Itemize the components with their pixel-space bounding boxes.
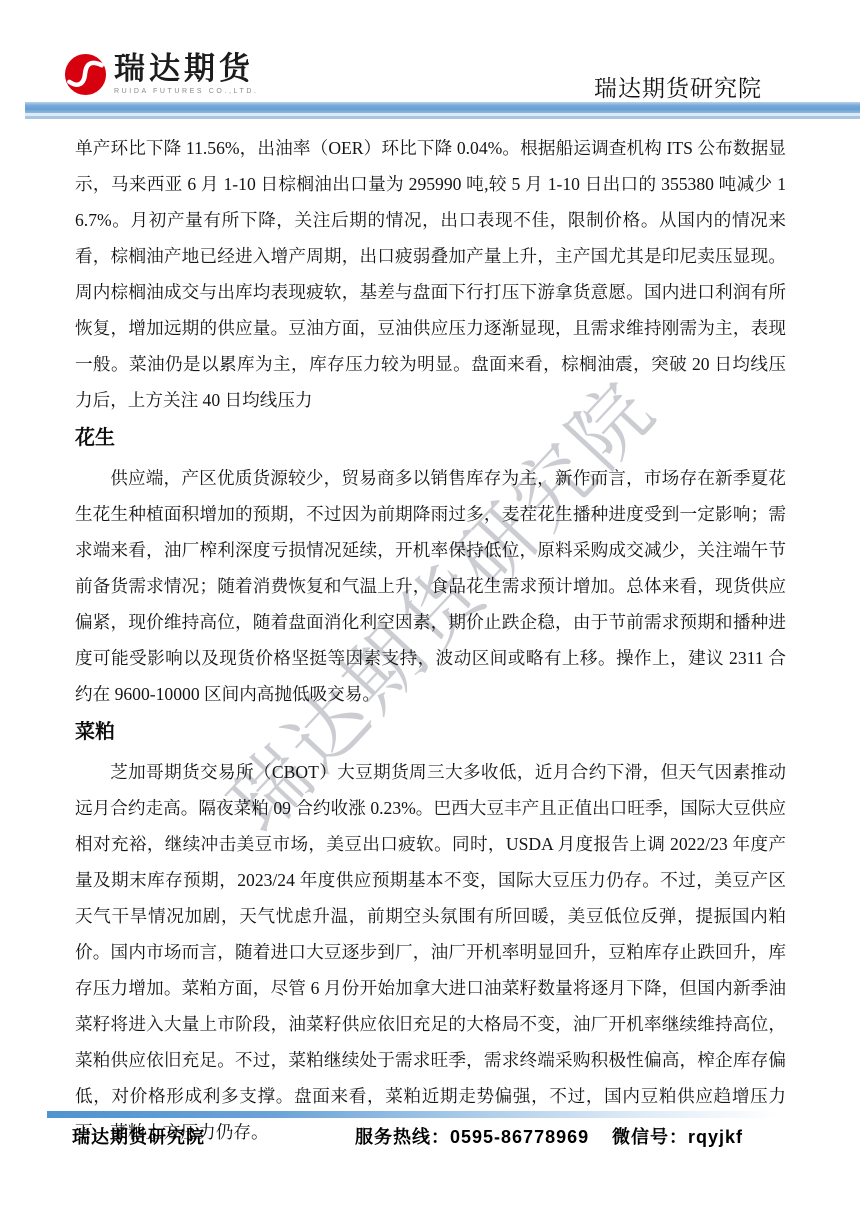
footer-divider-bar xyxy=(47,1111,860,1118)
paragraph-palm-oil: 单产环比下降 11.56%，出油率（OER）环比下降 0.04%。根据船运调查机… xyxy=(75,130,786,418)
footer-wechat: 微信号：rqyjkf xyxy=(612,1123,743,1149)
header-divider-line-shadow xyxy=(25,116,860,119)
report-body: 单产环比下降 11.56%，出油率（OER）环比下降 0.04%。根据船运调查机… xyxy=(75,130,786,1150)
paragraph-rapeseed-meal: 芝加哥期货交易所（CBOT）大豆期货周三大多收低，近月合约下滑，但天气因素推动远… xyxy=(75,754,786,1150)
section-heading-peanut: 花生 xyxy=(75,425,786,451)
company-logo-text-block: 瑞达期货 RUIDA FUTURES CO.,LTD. xyxy=(114,52,259,96)
header-divider-bar xyxy=(25,102,860,113)
header-institute-title: 瑞达期货研究院 xyxy=(594,70,762,103)
footer-hotline-label: 服务热线： xyxy=(355,1127,450,1147)
company-logo-icon xyxy=(63,52,108,97)
section-heading-rapeseed-meal: 菜粕 xyxy=(75,719,786,745)
company-name-english: RUIDA FUTURES CO.,LTD. xyxy=(114,87,259,96)
footer-wechat-label: 微信号： xyxy=(612,1127,688,1147)
footer-hotline-number: 0595-86778969 xyxy=(450,1127,589,1147)
footer-institute: 瑞达期货研究院 xyxy=(72,1123,205,1149)
paragraph-peanut: 供应端，产区优质货源较少，贸易商多以销售库存为主，新作而言，市场存在新季夏花生花… xyxy=(75,460,786,712)
footer-wechat-id: rqyjkf xyxy=(688,1127,743,1147)
document-page: 瑞达期货 RUIDA FUTURES CO.,LTD. 瑞达期货研究院 瑞达期货… xyxy=(0,0,860,1217)
company-logo: 瑞达期货 RUIDA FUTURES CO.,LTD. xyxy=(63,52,259,97)
company-name: 瑞达期货 xyxy=(114,52,259,86)
footer-hotline: 服务热线：0595-86778969 xyxy=(355,1123,589,1149)
